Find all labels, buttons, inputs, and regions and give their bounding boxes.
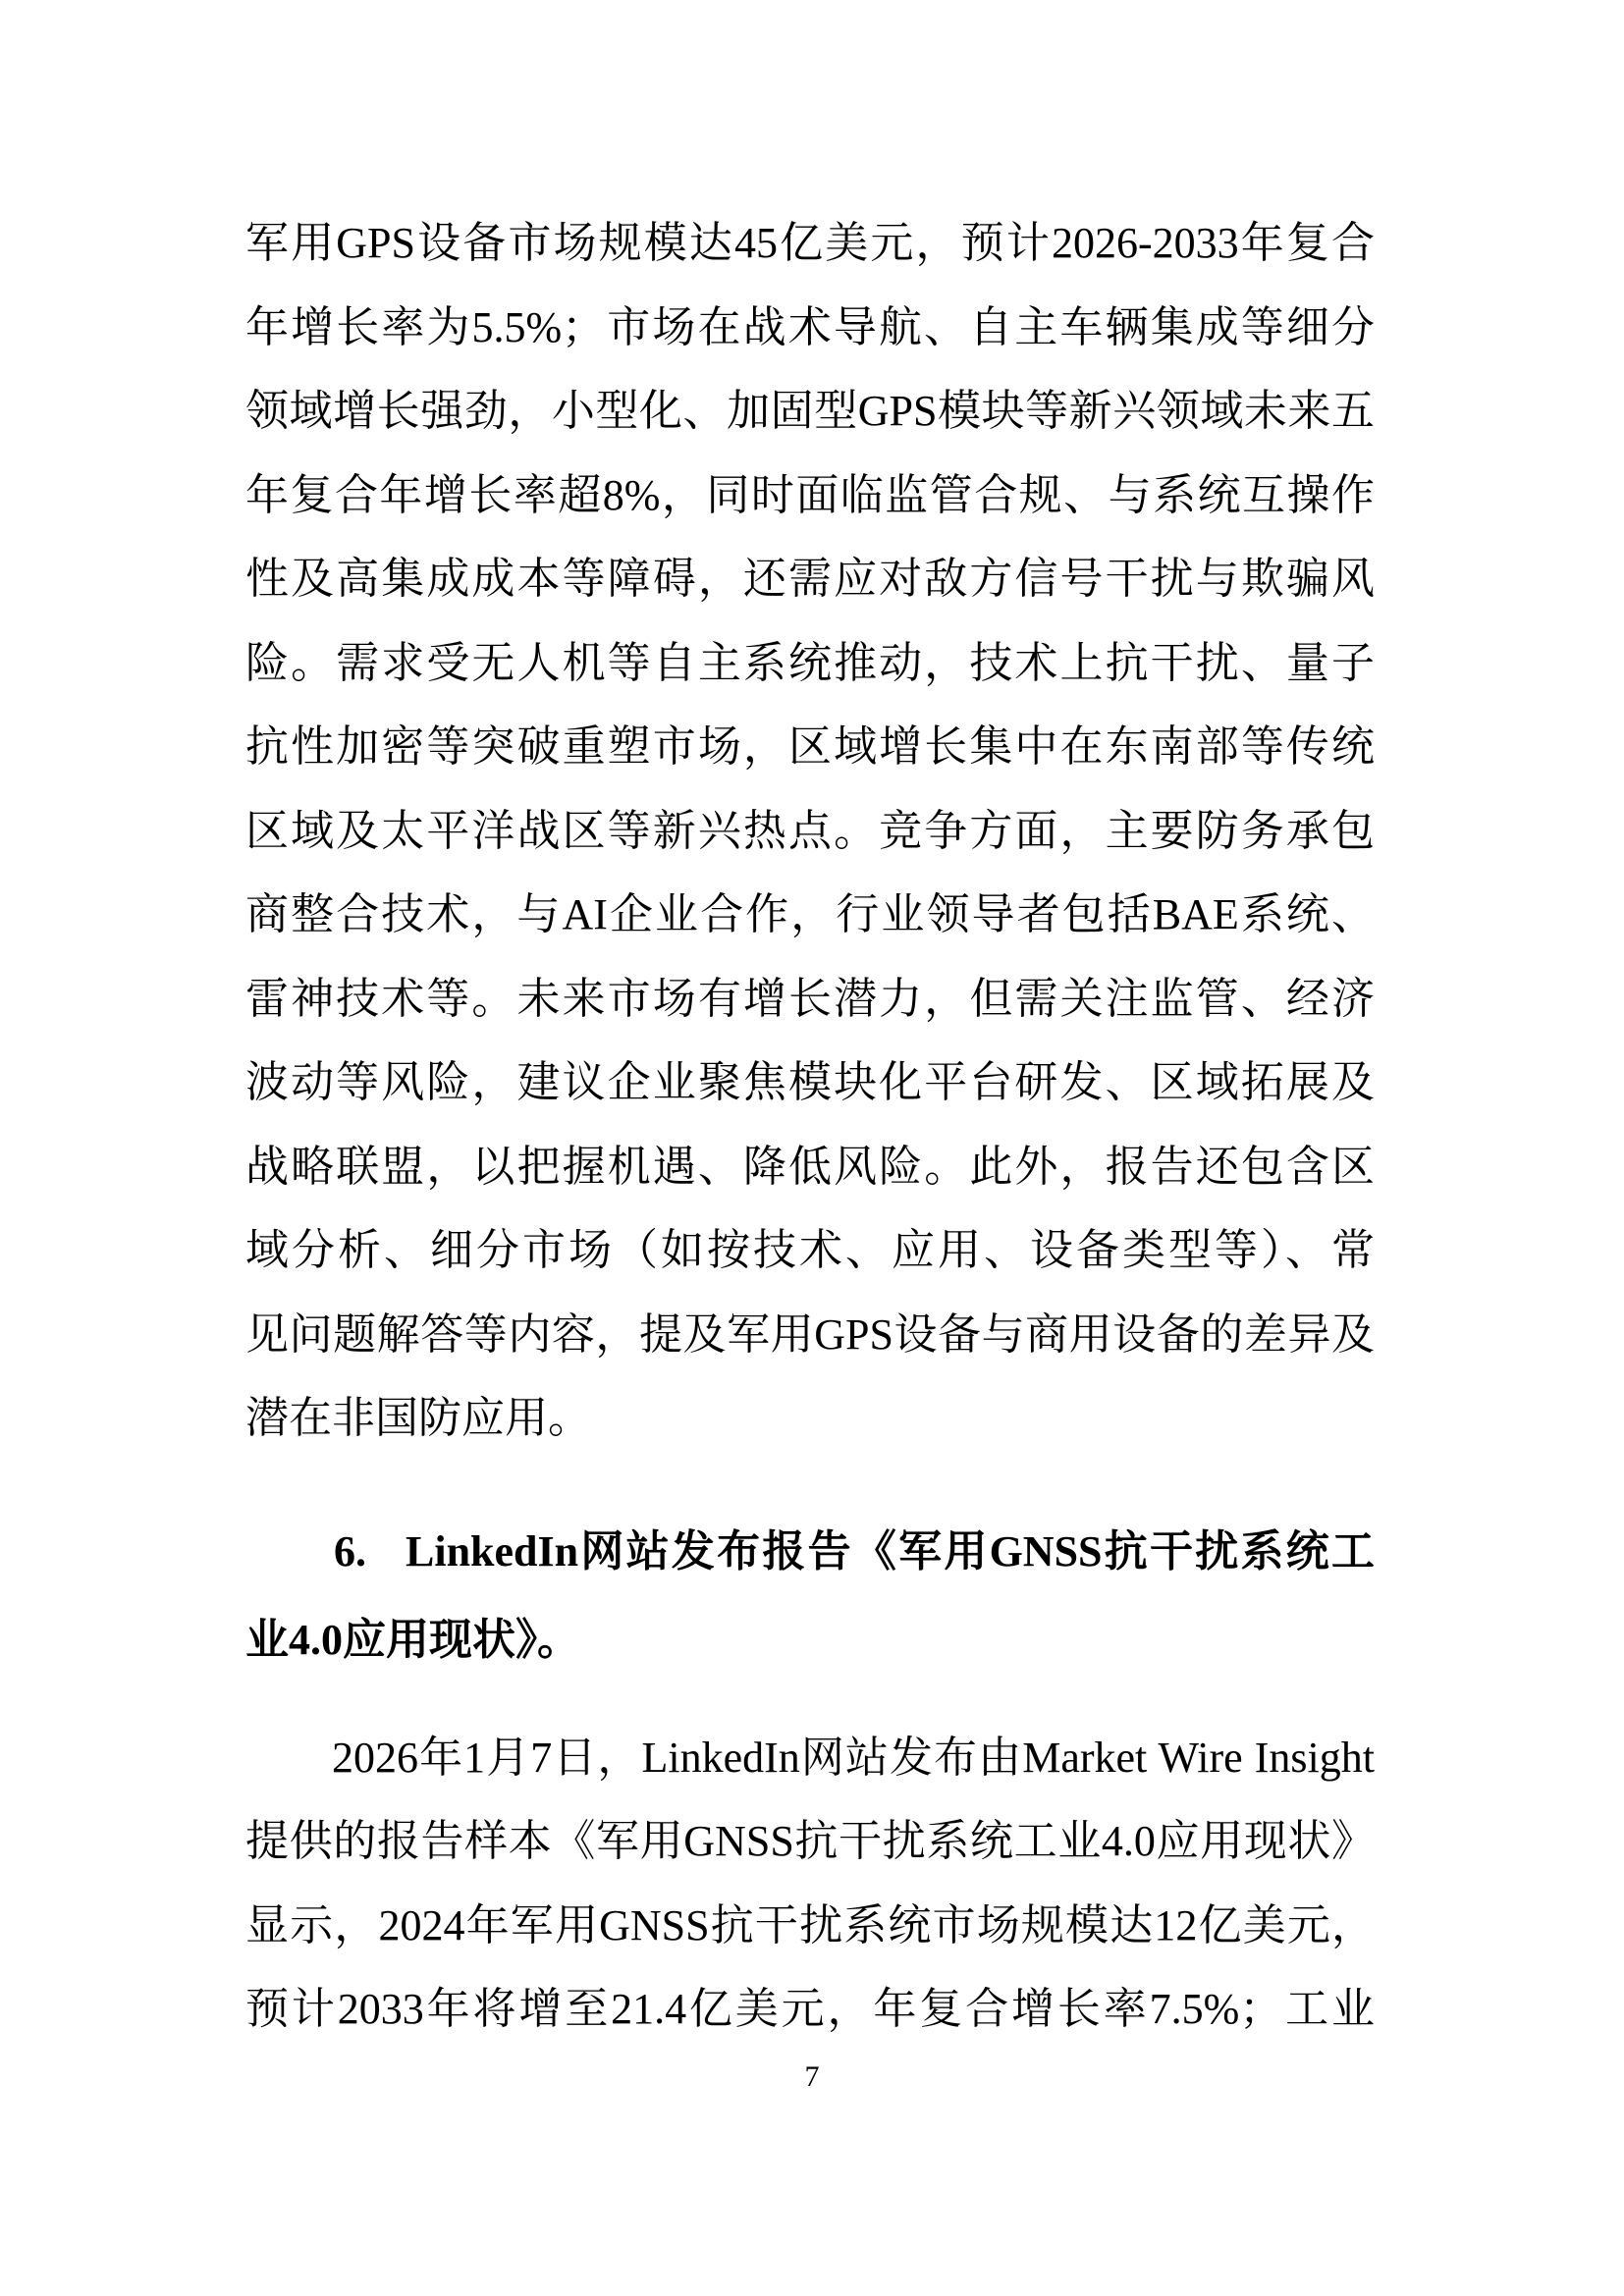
section-heading: 6.LinkedIn网站发布报告《军用GNSS抗干扰系统工 业4.0应用现状》。: [245, 1508, 1375, 1684]
section-heading-line: 业4.0应用现状》。: [245, 1596, 1375, 1684]
text-line: 波动等风险，建议企业聚焦模块化平台研发、区域拓展及: [245, 1041, 1375, 1125]
text-line: 区域及太平洋战区等新兴热点。竞争方面，主要防务承包: [245, 789, 1375, 874]
text-line: 2026年1月7日，LinkedIn网站发布由Market Wire Insig…: [245, 1716, 1375, 1800]
section-number: 6.: [334, 1527, 366, 1575]
text-line: 抗性加密等突破重塑市场，区域增长集中在东南部等传统: [245, 705, 1375, 789]
text-line: 商整合技术，与AI企业合作，行业领导者包括BAE系统、: [245, 873, 1375, 957]
text-line: 年增长率为5.5%；市场在战术导航、自主车辆集成等细分: [245, 286, 1375, 370]
text-line: 年复合年增长率超8%，同时面临监管合规、与系统互操作: [245, 454, 1375, 538]
text-line: 领域增长强劲，小型化、加固型GPS模块等新兴领域未来五: [245, 369, 1375, 454]
document-page: 军用GPS设备市场规模达45亿美元，预计2026-2033年复合 年增长率为5.…: [0, 0, 1624, 2296]
text-line: 潜在非国防应用。: [245, 1376, 1375, 1461]
paragraph-continued: 军用GPS设备市场规模达45亿美元，预计2026-2033年复合 年增长率为5.…: [245, 201, 1375, 1461]
text-line: 军用GPS设备市场规模达45亿美元，预计2026-2033年复合: [245, 201, 1375, 286]
page-number: 7: [0, 2057, 1624, 2097]
paragraph-2: 2026年1月7日，LinkedIn网站发布由Market Wire Insig…: [245, 1716, 1375, 2052]
text-line: 雷神技术等。未来市场有增长潜力，但需关注监管、经济: [245, 957, 1375, 1041]
text-line: 预计2033年将增至21.4亿美元，年复合增长率7.5%；工业: [245, 1967, 1375, 2052]
text-line: 提供的报告样本《军用GNSS抗干扰系统工业4.0应用现状》: [245, 1799, 1375, 1884]
text-line: 域分析、细分市场（如按技术、应用、设备类型等）、常: [245, 1208, 1375, 1293]
text-line: 战略联盟，以把握机遇、降低风险。此外，报告还包含区: [245, 1125, 1375, 1209]
section-title-part1: LinkedIn网站发布报告《军用GNSS抗干扰系统工: [406, 1527, 1375, 1575]
text-line: 见问题解答等内容，提及军用GPS设备与商用设备的差异及: [245, 1293, 1375, 1377]
text-line: 险。需求受无人机等自主系统推动，技术上抗干扰、量子: [245, 621, 1375, 706]
section-heading-line: 6.LinkedIn网站发布报告《军用GNSS抗干扰系统工: [245, 1508, 1375, 1596]
text-line: 性及高集成成本等障碍，还需应对敌方信号干扰与欺骗风: [245, 537, 1375, 621]
text-line: 显示，2024年军用GNSS抗干扰系统市场规模达12亿美元，: [245, 1884, 1375, 1968]
text-column: 军用GPS设备市场规模达45亿美元，预计2026-2033年复合 年增长率为5.…: [245, 201, 1375, 2052]
